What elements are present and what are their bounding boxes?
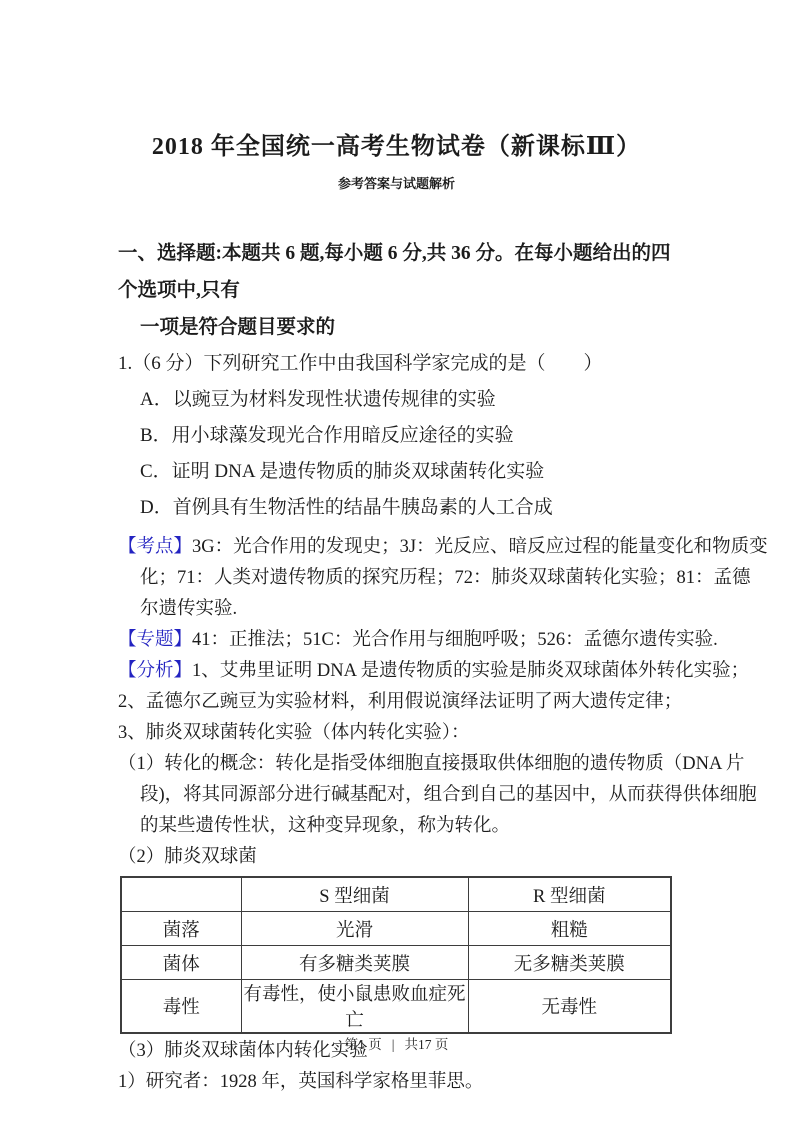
table-cell: 毒性 <box>121 980 241 1034</box>
option-d: D．首例具有生物活性的结晶牛胰岛素的人工合成 <box>140 490 681 526</box>
after-table-line2: 1）研究者：1928 年，英国科学家格里菲思。 <box>118 1067 681 1098</box>
table-cell: 有毒性，使小鼠患败血症死亡 <box>241 980 468 1034</box>
zhuanti-label: 【专题】 <box>118 630 192 650</box>
table-cell: 无毒性 <box>468 980 671 1034</box>
option-b: B．用小球藻发现光合作用暗反应途径的实验 <box>140 418 681 454</box>
table-row-body: 菌体 有多糖类荚膜 无多糖类荚膜 <box>121 946 671 980</box>
table-cell: 菌体 <box>121 946 241 980</box>
table-header-cell-blank <box>121 877 241 912</box>
table-row-toxicity: 毒性 有毒性，使小鼠患败血症死亡 无毒性 <box>121 980 671 1034</box>
footer-total-pages: 共17 页 <box>404 1037 448 1052</box>
table-header-cell-r: R 型细菌 <box>468 877 671 912</box>
section-heading-line1: 一、选择题:本题共 6 题,每小题 6 分,共 36 分。在每小题给出的四个选项… <box>118 235 681 309</box>
page-subtitle: 参考答案与试题解析 <box>0 175 793 193</box>
fenxi-line4: （1）转化的概念：转化是指受体细胞直接摄取供体细胞的遗传物质（DNA 片 <box>118 749 681 780</box>
kaodian-line3: 尔遗传实验. <box>140 594 681 625</box>
kaodian-line1: 【考点】3G：光合作用的发现史；3J：光反应、暗反应过程的能量变化和物质变 <box>118 532 681 563</box>
fenxi-line1: 【分析】1、艾弗里证明 DNA 是遗传物质的实验是肺炎双球菌体外转化实验； <box>118 656 681 687</box>
kaodian-block: 【考点】3G：光合作用的发现史；3J：光反应、暗反应过程的能量变化和物质变 化；… <box>118 532 681 625</box>
zhuanti-line: 【专题】41：正推法；51C：光合作用与细胞呼吸；526：孟德尔遗传实验. <box>118 625 681 656</box>
kaodian-text1: 3G：光合作用的发现史；3J：光反应、暗反应过程的能量变化和物质变 <box>192 537 768 557</box>
page-title: 2018 年全国统一高考生物试卷（新课标Ⅲ） <box>0 0 793 164</box>
bacteria-table: S 型细菌 R 型细菌 菌落 光滑 粗糙 菌体 有多糖类荚膜 无多糖类荚膜 毒性… <box>120 876 672 1034</box>
kaodian-label: 【考点】 <box>118 537 192 557</box>
fenxi-line6: 的某些遗传性状，这种变异现象，称为转化。 <box>140 811 681 842</box>
table-cell: 有多糖类荚膜 <box>241 946 468 980</box>
question-stem: 1.（6 分）下列研究工作中由我国科学家完成的是（ ） <box>118 346 681 382</box>
table-header-row: S 型细菌 R 型细菌 <box>121 877 671 912</box>
section-heading-line2: 一项是符合题目要求的 <box>140 309 681 346</box>
fenxi-label: 【分析】 <box>118 661 192 681</box>
table-row-colony: 菌落 光滑 粗糙 <box>121 912 671 946</box>
page-content: 一、选择题:本题共 6 题,每小题 6 分,共 36 分。在每小题给出的四个选项… <box>0 235 793 1098</box>
table-cell: 无多糖类荚膜 <box>468 946 671 980</box>
table-cell: 菌落 <box>121 912 241 946</box>
section-heading: 一、选择题:本题共 6 题,每小题 6 分,共 36 分。在每小题给出的四个选项… <box>118 235 681 346</box>
fenxi-line2: 2、孟德尔乙豌豆为实验材料，利用假说演绎法证明了两大遗传定律； <box>118 687 681 718</box>
table-cell: 光滑 <box>241 912 468 946</box>
kaodian-line2: 化；71：人类对遗传物质的探究历程；72：肺炎双球菌转化实验；81：孟德 <box>140 563 681 594</box>
fenxi-text1: 1、艾弗里证明 DNA 是遗传物质的实验是肺炎双球菌体外转化实验； <box>192 661 749 681</box>
footer-page-number: 第1 页 <box>345 1037 382 1052</box>
option-c: C．证明 DNA 是遗传物质的肺炎双球菌转化实验 <box>140 454 681 490</box>
fenxi-line3: 3、肺炎双球菌转化实验（体内转化实验）： <box>118 718 681 749</box>
page-footer: 第1 页|共17 页 <box>0 1033 793 1053</box>
table-cell: 粗糙 <box>468 912 671 946</box>
fenxi-block: 【分析】1、艾弗里证明 DNA 是遗传物质的实验是肺炎双球菌体外转化实验； 2、… <box>118 656 681 873</box>
fenxi-line7: （2）肺炎双球菌 <box>118 842 681 873</box>
fenxi-line5: 段)，将其同源部分进行碱基配对，组合到自己的基因中，从而获得供体细胞 <box>140 780 681 811</box>
document-page: 2018 年全国统一高考生物试卷（新课标Ⅲ） 参考答案与试题解析 一、选择题:本… <box>0 0 793 1122</box>
table-header-cell-s: S 型细菌 <box>241 877 468 912</box>
footer-separator: | <box>392 1037 395 1052</box>
option-a: A．以豌豆为材料发现性状遗传规律的实验 <box>140 382 681 418</box>
zhuanti-text: 41：正推法；51C：光合作用与细胞呼吸；526：孟德尔遗传实验. <box>192 630 718 650</box>
